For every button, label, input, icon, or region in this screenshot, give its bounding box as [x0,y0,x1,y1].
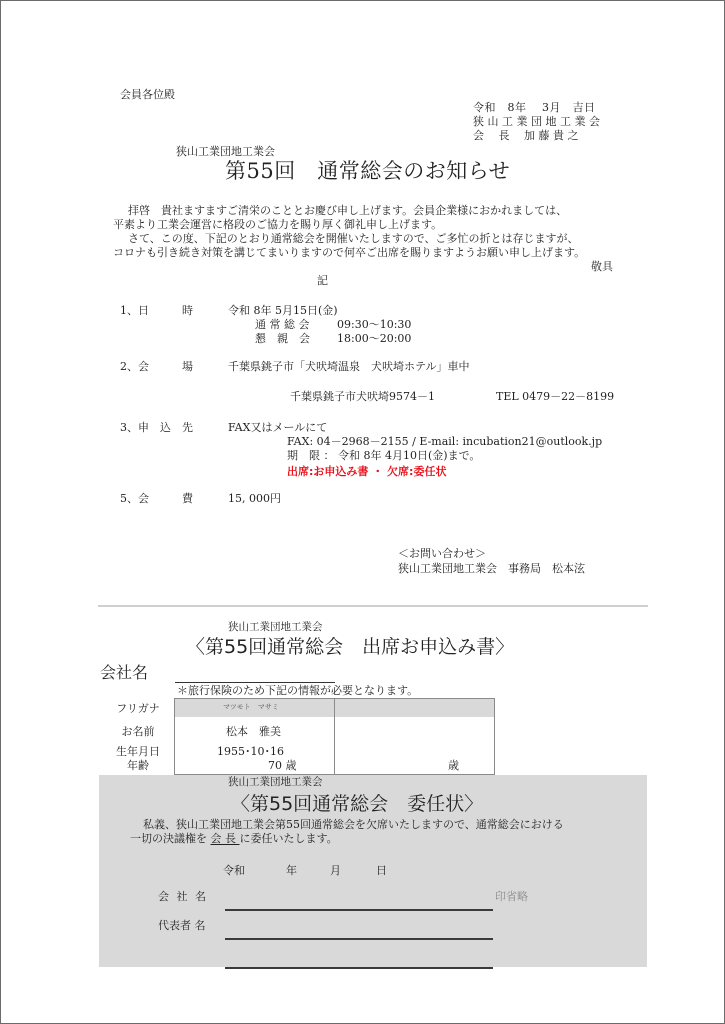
proxy-delegate: 会 長 [211,832,240,845]
attendance-note: 出席:お申込み書 ・ 欠席:委任状 [287,463,446,479]
general-meeting-label: 通 常 総 会 [255,318,310,332]
proxy-org-name: 狭山工業団地工業会 [228,776,323,789]
seal-omitted-note: 印省略 [495,890,528,904]
company-name-field[interactable] [175,682,335,683]
page-title: 第55回 通常総会のお知らせ [225,159,510,183]
insurance-note: ＊旅行保険のため下記の情報が必要となります。 [177,684,418,698]
proxy-body-line-1: 私義、狭山工業団地工業会第55回通常総会を欠席いたしますので、通常総会における [143,818,564,832]
body-line-1: 拝啓 貴社ますますご清栄のこととお慶び申し上げます。会員企業様におかれましては、 [128,204,567,218]
item-apply-value: FAX又はメールにて [228,421,327,435]
item-venue-label: 2、会 場 [120,360,193,374]
proxy-body-pre: 一切の決議権を [130,832,211,845]
proxy-date-month[interactable]: 月 [330,864,341,878]
sender-org: 狭 山 工 業 団 地 工 業 会 [473,115,600,129]
contact-fax-email[interactable]: FAX: 04－2968－2155 / E-mail: incubation21… [287,435,602,449]
body-line-2: 平素より工業会運営に格段のご協力を賜り厚く御礼申し上げます。 [113,218,442,232]
org-name-small: 狭山工業団地工業会 [176,145,275,159]
closing-keigu: 敬具 [591,260,613,274]
age-label: 年齢 [103,759,173,773]
body-line-3: さて、この度、下記のとおり通常総会を開催いたしますので、ご多忙の折とは存じますが… [128,232,579,246]
deadline: 期 限 ： 令和 8年 4月10日(金)まで。 [287,449,480,463]
app-org-name: 狭山工業団地工業会 [228,621,323,634]
proxy-extra-field[interactable] [225,967,493,969]
attendee-1-age[interactable]: 70 歳 [268,759,297,773]
proxy-date-era: 令和 [223,864,245,878]
proxy-body-line-2: 一切の決議権を 会 長 に委任いたします。 [130,832,338,846]
sender-person: 会 長 加 藤 貴 之 [473,129,578,143]
addressee: 会員各位殿 [120,88,175,102]
proxy-rep-label: 代表者 名 [158,919,206,933]
item-fee-label: 5、会 費 [120,492,193,506]
attendee-2-age[interactable]: 歳 [448,759,459,773]
ki-marker: 記 [317,274,328,288]
cut-line-divider [98,605,648,607]
column-divider [334,699,335,774]
proxy-rep-field[interactable] [225,938,493,940]
proxy-body-post: に委任いたします。 [240,832,338,845]
attendee-1-birthdate[interactable]: 1955･10･16 [217,745,284,759]
body-line-4: コロナも引き続き対策を講じてまいりますので何卒ご出席を賜りますようお願い申し上げ… [113,246,585,260]
application-title: 〈第55回通常総会 出席お申込み書〉 [186,636,514,658]
proxy-date-year[interactable]: 年 [286,864,297,878]
inquiry-contact: 狭山工業団地工業会 事務局 松本泫 [398,562,585,576]
item-date-label: 1、日 時 [120,304,193,318]
item-apply-label: 3、申 込 先 [120,421,193,435]
item-date-value: 令和 8年 5月15日(金) [228,304,338,318]
item-fee-value: 15, 000円 [228,492,281,506]
proxy-title: 〈第55回通常総会 委任状〉 [231,793,483,815]
social-label: 懇 親 会 [255,332,310,346]
venue-tel: TEL 0479－22－8199 [496,390,614,404]
furigana-label: フリガナ [103,702,173,716]
birthdate-label: 生年月日 [103,745,173,759]
proxy-company-label: 会 社 名 [158,890,208,904]
general-meeting-time: 09:30～10:30 [337,318,411,332]
venue-address: 千葉県銚子市犬吠埼9574－1 [290,390,435,404]
item-venue-value: 千葉県銚子市「犬吠埼温泉 犬吠埼ホテル」車中 [228,360,469,374]
attendee-1-furigana[interactable]: マツモト マサミ [223,702,279,712]
issue-date: 令和 8年 3月 吉日 [473,101,596,115]
app-company-label: 会社名 [100,664,148,682]
social-time: 18:00～20:00 [337,332,411,346]
inquiry-label: ＜お問い合わせ＞ [398,547,486,561]
proxy-company-field[interactable] [225,909,493,911]
attendee-1-name[interactable]: 松本 雅美 [226,725,281,739]
name-label: お名前 [103,725,173,739]
proxy-date-day[interactable]: 日 [376,864,387,878]
